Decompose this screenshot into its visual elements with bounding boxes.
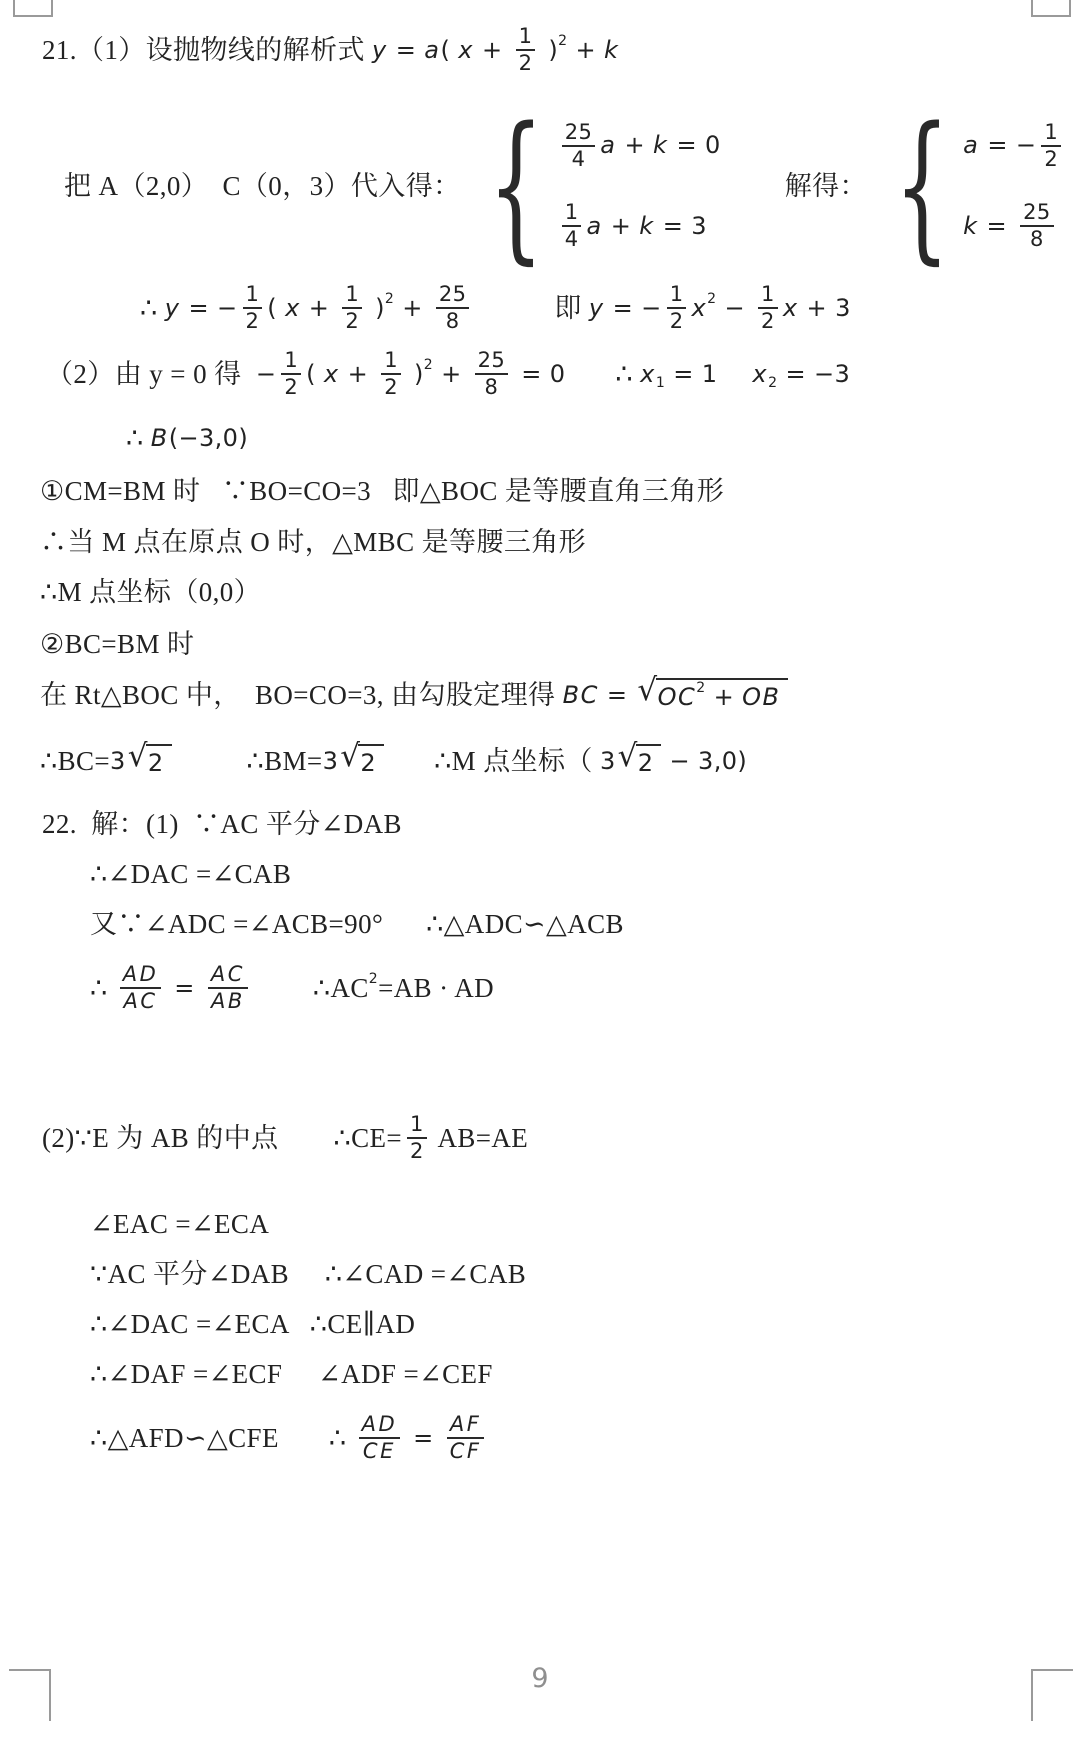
- fraction: 14: [562, 200, 582, 252]
- m-fn: 1: [381, 348, 401, 373]
- equation-system: {a = −12k = 258: [871, 114, 1066, 258]
- m-mtxt: (2)∵E 为 AB 的中点: [42, 1122, 279, 1154]
- m-mvar: OC: [658, 683, 697, 712]
- m-mtxt: ∴: [615, 358, 640, 390]
- fraction: 12: [516, 24, 536, 76]
- m-fn: AD: [359, 1412, 401, 1437]
- m-mtxt: AB=AE: [432, 1122, 528, 1154]
- line-21-part2-roots: （2）由 y = 0 得 −12( x + 12 )2 + 258 = 0∴ x…: [46, 348, 850, 400]
- m-fd: 2: [281, 375, 301, 400]
- m-mop: +: [301, 294, 338, 323]
- line-22-part2-bisect: ∵AC 平分∠DAB ∴∠CAD =∠CAB: [90, 1258, 526, 1290]
- line-22-part1-similar: 又∵∠ADC =∠ACB=90° ∴△ADC∽△ACB: [90, 908, 624, 940]
- m-mtxt: ∴: [90, 972, 115, 1004]
- m-sup: 2: [385, 291, 394, 308]
- m-mop: − 3,0): [661, 747, 747, 776]
- m-mvar: OB: [742, 683, 780, 712]
- m-sup: 2: [424, 357, 433, 374]
- m-mop: + 3: [799, 294, 851, 323]
- m-mop: −: [256, 360, 277, 389]
- m-mtxt: 即: [554, 292, 589, 324]
- m-fn: 1: [342, 282, 362, 307]
- radicand: 2: [146, 744, 172, 778]
- m-fd: 2: [758, 309, 778, 334]
- line-22-part2-midpoint: (2)∵E 为 AB 的中点∴CE=12 AB=AE: [42, 1112, 528, 1164]
- m-mvar: x: [783, 294, 799, 323]
- m-mop: ): [540, 36, 558, 65]
- line-21-case1-conclusion: ∴当 M 点在原点 O 时，△MBC 是等腰三角形: [40, 526, 586, 558]
- m-fn: 1: [407, 1112, 427, 1137]
- fraction: 12: [667, 282, 687, 334]
- crop-mark-top-left: [13, 0, 53, 17]
- m-fd: 2: [381, 375, 401, 400]
- line-21-case1: ①CM=BM 时 ∵BO=CO=3 即△BOC 是等腰直角三角形: [40, 475, 724, 507]
- m-gap: [725, 186, 785, 187]
- system-row: 14a + k = 3: [557, 200, 721, 252]
- m-fn: 1: [243, 282, 263, 307]
- radicand: OC2 + OB: [656, 678, 789, 712]
- m-fd: 2: [342, 309, 362, 334]
- m-mop: (: [306, 360, 324, 389]
- m-mtxt: 解得：: [785, 170, 867, 202]
- system-row: a = −12: [963, 120, 1066, 172]
- radical: √2: [128, 744, 172, 778]
- line-22-part2-similar: ∴△AFD∽△CFE∴ ADCE = AFCF: [90, 1412, 489, 1464]
- m-mvar: a: [424, 36, 440, 65]
- radical: √OC2 + OB: [637, 678, 788, 712]
- m-mvar: a: [963, 131, 979, 160]
- m-mop: ): [406, 360, 424, 389]
- m-mvar: y: [165, 294, 181, 323]
- line-22-part2-angle: ∠EAC =∠ECA: [90, 1208, 269, 1240]
- line-22-part1-angle-eq: ∴∠DAC =∠CAB: [90, 858, 291, 890]
- m-gap: [474, 308, 554, 309]
- m-fd: AB: [208, 989, 248, 1014]
- m-fn: 1: [562, 200, 582, 225]
- fraction: 12: [342, 282, 362, 334]
- m-gap: [565, 374, 615, 375]
- line-21-substitution: 把 A（2,0） C（0，3）代入得：{254a + k = 014a + k …: [64, 114, 1070, 258]
- m-mtxt: （2）由 y = 0 得: [46, 358, 256, 390]
- line-22-part2-parallel: ∴∠DAC =∠ECA ∴CE∥AD: [90, 1308, 415, 1340]
- m-mop: 3: [110, 747, 126, 776]
- m-fd: 4: [569, 147, 589, 172]
- m-mvar: x: [752, 360, 768, 389]
- m-mtxt: ∴BM=: [247, 745, 323, 777]
- m-mop: =: [979, 212, 1016, 241]
- m-rsign: √: [128, 741, 148, 772]
- m-mop: 2: [638, 749, 654, 778]
- m-mop: +: [567, 36, 604, 65]
- line-22-part1-given: 22. 解：(1) ∵AC 平分∠DAB: [42, 808, 402, 840]
- m-mvar: k: [639, 212, 654, 241]
- line-21-point-b: ∴ B(−3,0): [126, 422, 248, 454]
- m-fn: AD: [120, 962, 162, 987]
- fraction: 12: [281, 348, 301, 400]
- radical: √2: [618, 744, 662, 778]
- m-mvar: k: [653, 131, 668, 160]
- m-mvar: y: [372, 36, 388, 65]
- m-sup: 2: [369, 971, 378, 988]
- m-mtxt: ∴BC=: [40, 745, 110, 777]
- line-22-part2-angles: ∴∠DAF =∠ECF ∠ADF =∠CEF: [90, 1358, 493, 1390]
- line-22-part1-ratio: ∴ ADAC = ACAB∴AC2=AB · AD: [90, 962, 494, 1014]
- m-rsign: √: [340, 741, 360, 772]
- system-rows: a = −12k = 258: [963, 120, 1066, 253]
- line-21-case2-pythagorean: 在 Rt△BOC 中， BO=CO=3, 由勾股定理得 BC = √OC2 + …: [40, 678, 788, 712]
- m-mvar: x: [458, 36, 474, 65]
- radicand: 2: [636, 744, 662, 778]
- m-fd: 8: [1027, 227, 1047, 252]
- fraction: 12: [243, 282, 263, 334]
- m-fn: 25: [562, 120, 596, 145]
- line-21-solution: ∴ y = −12( x + 12 )2 + 258即 y = −12x2 − …: [140, 282, 851, 334]
- m-mtxt: 21.（1）设抛物线的解析式: [42, 34, 372, 66]
- fraction: AFCF: [447, 1412, 485, 1464]
- m-mvar: x: [691, 294, 707, 323]
- m-mop: 2: [148, 749, 164, 778]
- m-mop: =: [405, 1424, 442, 1453]
- m-mop: +: [433, 360, 470, 389]
- m-mvar: k: [604, 36, 619, 65]
- m-mop: (: [441, 36, 459, 65]
- fraction: 258: [1020, 200, 1054, 252]
- m-mvar: y: [589, 294, 605, 323]
- m-mop: = 0: [668, 131, 720, 160]
- radical: √2: [340, 744, 384, 778]
- m-fn: AF: [447, 1412, 484, 1437]
- m-mvar: a: [600, 131, 616, 160]
- m-fn: 1: [516, 24, 536, 49]
- fraction: ADCE: [359, 1412, 401, 1464]
- line-21-case2-result: ∴BC=3√2∴BM=3√2∴M 点坐标（ 3√2 − 3,0): [40, 744, 747, 778]
- m-mtxt: 把 A（2,0） C（0，3）代入得：: [64, 170, 461, 202]
- m-mop: = 0: [513, 360, 565, 389]
- m-mtxt: ∴AC: [313, 972, 369, 1004]
- system-row: k = 258: [963, 200, 1066, 252]
- answer-sheet-page: 21.（1）设抛物线的解析式 y = a( x + 12 )2 + k 把 A（…: [0, 0, 1080, 1739]
- m-mop: = −: [180, 294, 237, 323]
- m-mvar: x: [640, 360, 656, 389]
- m-fn: AC: [208, 962, 248, 987]
- m-mop: 3: [600, 747, 616, 776]
- m-mvar: x: [324, 360, 340, 389]
- m-mop: +: [394, 294, 431, 323]
- m-cbrace: {: [488, 114, 544, 258]
- m-sup: 2: [707, 291, 716, 308]
- m-mop: =: [166, 974, 203, 1003]
- m-gap: [717, 374, 752, 375]
- m-fn: 1: [1041, 120, 1061, 145]
- m-mtxt: =AB · AD: [378, 972, 494, 1004]
- m-fd: 4: [562, 227, 582, 252]
- crop-mark-top-right: [1031, 0, 1071, 17]
- m-mtxt: ∴: [126, 422, 151, 454]
- m-mop: −: [716, 294, 753, 323]
- m-gap: [279, 1438, 329, 1439]
- m-fd: 2: [667, 309, 687, 334]
- m-mvar: x: [285, 294, 301, 323]
- m-mvar: B: [151, 424, 169, 453]
- m-fd: 2: [243, 309, 263, 334]
- m-rsign: √: [618, 741, 638, 772]
- m-mop: = −: [605, 294, 662, 323]
- m-mop: +: [474, 36, 511, 65]
- m-fn: 1: [667, 282, 687, 307]
- m-fd: 8: [443, 309, 463, 334]
- m-mop: = 3: [655, 212, 707, 241]
- page-number: 9: [0, 1663, 1080, 1694]
- m-mtxt: 在 Rt△BOC 中， BO=CO=3, 由勾股定理得: [40, 679, 563, 711]
- m-fd: CF: [447, 1439, 485, 1464]
- m-gap: [253, 988, 313, 989]
- radicand: 2: [358, 744, 384, 778]
- m-mop: +: [616, 131, 653, 160]
- fraction: 12: [381, 348, 401, 400]
- m-mop: (: [267, 294, 285, 323]
- m-mop: 3: [323, 747, 339, 776]
- m-fn: 25: [436, 282, 470, 307]
- m-mvar: k: [963, 212, 978, 241]
- fraction: ACAB: [208, 962, 248, 1014]
- fraction: 254: [562, 120, 596, 172]
- m-mop: =: [599, 681, 636, 710]
- equation-system: {254a + k = 014a + k = 3: [465, 114, 721, 258]
- m-mop: +: [706, 683, 743, 712]
- line-21-case2: ②BC=BM 时: [40, 628, 194, 660]
- m-fd: 8: [482, 375, 502, 400]
- system-row: 254a + k = 0: [557, 120, 721, 172]
- m-sup: 2: [696, 680, 705, 697]
- m-gap: [172, 760, 247, 761]
- m-fd: 2: [407, 1139, 427, 1164]
- fraction: ADAC: [120, 962, 162, 1014]
- system-rows: 254a + k = 014a + k = 3: [557, 120, 721, 253]
- line-21-part1-setup: 21.（1）设抛物线的解析式 y = a( x + 12 )2 + k: [42, 24, 619, 76]
- m-sub: 1: [656, 375, 665, 392]
- line-21-case1-coord: ∴M 点坐标（0,0）: [40, 576, 261, 608]
- fraction: 12: [758, 282, 778, 334]
- m-rsign: √: [637, 675, 657, 706]
- m-mop: =: [388, 36, 425, 65]
- fraction: 258: [436, 282, 470, 334]
- m-mop: = −: [979, 131, 1036, 160]
- m-mvar: BC: [563, 681, 599, 710]
- m-mop: ): [367, 294, 385, 323]
- fraction: 12: [407, 1112, 427, 1164]
- m-fn: 1: [281, 348, 301, 373]
- m-mtxt: ∴CE=: [334, 1122, 403, 1154]
- m-fn: 1: [758, 282, 778, 307]
- m-fn: 25: [475, 348, 509, 373]
- m-mvar: a: [586, 212, 602, 241]
- m-fd: 2: [516, 51, 536, 76]
- m-mtxt: ∴: [140, 292, 165, 324]
- m-mop: 2: [360, 749, 376, 778]
- m-fn: 25: [1020, 200, 1054, 225]
- m-mop: +: [603, 212, 640, 241]
- m-fd: CE: [360, 1439, 399, 1464]
- m-mop: +: [340, 360, 377, 389]
- m-mtxt: ∴△AFD∽△CFE: [90, 1422, 279, 1454]
- m-mop: (−3,0): [169, 424, 248, 453]
- m-mtxt: ∴: [329, 1422, 354, 1454]
- m-mtxt: ∴M 点坐标（: [434, 745, 600, 777]
- m-gap: [384, 760, 434, 761]
- m-mop: = 1: [665, 360, 717, 389]
- m-gap: [279, 1138, 334, 1139]
- m-sup: 2: [558, 33, 567, 50]
- m-cbrace: {: [894, 114, 950, 258]
- m-fd: AC: [120, 989, 160, 1014]
- m-sub: 2: [768, 375, 777, 392]
- fraction: 258: [475, 348, 509, 400]
- fraction: 12: [1041, 120, 1061, 172]
- m-mop: = −3: [777, 360, 850, 389]
- m-fd: 2: [1041, 147, 1061, 172]
